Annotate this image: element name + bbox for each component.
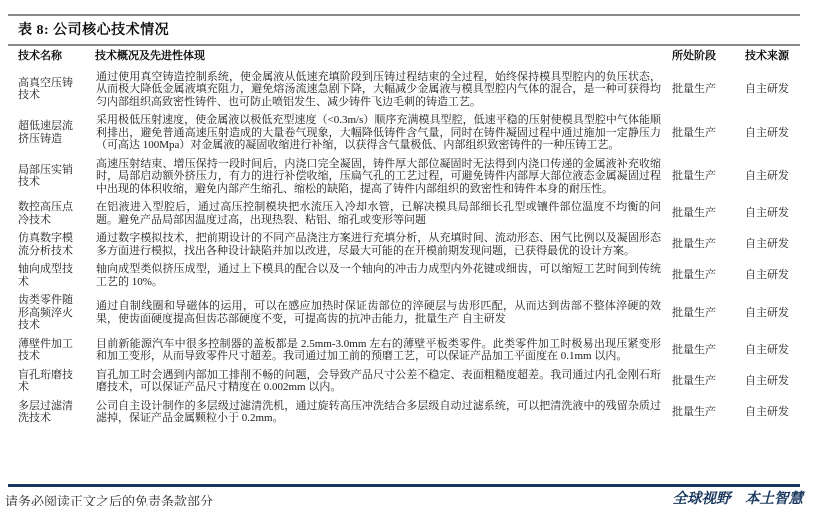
stage-cell: 批量生产	[662, 335, 735, 366]
table-title: 表 8: 公司核心技术情况	[18, 19, 169, 39]
tech-name-cell: 仿真数字模流分析技术	[10, 229, 95, 260]
source-cell: 自主研发	[735, 260, 810, 291]
tech-name-cell: 局部压实销技术	[10, 155, 95, 199]
tech-desc-cell: 公司自主设计制作的多层级过滤清洗机，通过旋转高压冲洗结合多层级自动过滤系统，可以…	[95, 397, 662, 428]
stage-cell: 批量生产	[662, 155, 735, 199]
table-row: 多层过滤清洗技术 公司自主设计制作的多层级过滤清洗机，通过旋转高压冲洗结合多层级…	[10, 397, 810, 428]
stage-cell: 批量生产	[662, 366, 735, 397]
tech-name-cell: 高真空压铸技术	[10, 68, 95, 112]
stage-cell: 批量生产	[662, 260, 735, 291]
table-row: 盲孔珩磨技术 盲孔加工时会遇到内部加工排削不畅的问题，会导致产品尺寸公差不稳定、…	[10, 366, 810, 397]
tech-desc-cell: 目前新能源汽车中很多控制器的盖板都是 2.5mm-3.0mm 左右的薄壁平板类零…	[95, 335, 662, 366]
top-divider	[8, 14, 800, 16]
tech-desc-cell: 通过数字模拟技术，把前期设计的不同产品浇注方案进行充填分析，从充填时间、流动形态…	[95, 229, 662, 260]
tech-name-cell: 盲孔珩磨技术	[10, 366, 95, 397]
source-cell: 自主研发	[735, 366, 810, 397]
source-cell: 自主研发	[735, 229, 810, 260]
tech-name-cell: 超低速层流挤压铸造	[10, 111, 95, 155]
table-row: 薄壁件加工技术 目前新能源汽车中很多控制器的盖板都是 2.5mm-3.0mm 左…	[10, 335, 810, 366]
stage-cell: 批量生产	[662, 291, 735, 335]
source-cell: 自主研发	[735, 198, 810, 229]
table-row: 轴向成型技术 轴向成型类似挤压成型，通过上下模具的配合以及一个轴向的冲击力成型内…	[10, 260, 810, 291]
title-divider	[8, 44, 800, 46]
table-row: 数控高压点冷技术 在铝液进入型腔后，通过高压控制模块把水流压入冷却水管，已解决模…	[10, 198, 810, 229]
table-row: 超低速层流挤压铸造 采用极低压射速度，使金属液以极低充型速度（<0.3m/s）顺…	[10, 111, 810, 155]
table-body: 高真空压铸技术 通过使用真空铸造控制系统，使金属液从低速充填阶段到压铸过程结束的…	[10, 68, 810, 428]
table-row: 高真空压铸技术 通过使用真空铸造控制系统，使金属液从低速充填阶段到压铸过程结束的…	[10, 68, 810, 112]
tech-desc-cell: 在铝液进入型腔后，通过高压控制模块把水流压入冷却水管，已解决模具局部细长孔型或镶…	[95, 198, 662, 229]
tech-desc-cell: 通过自制线圈和导磁体的运用，可以在感应加热时保证齿部位的淬硬层与齿形匹配，从而达…	[95, 291, 662, 335]
tech-desc-cell: 盲孔加工时会遇到内部加工排削不畅的问题，会导致产品尺寸公差不稳定、表面粗糙度超差…	[95, 366, 662, 397]
source-cell: 自主研发	[735, 155, 810, 199]
tech-name-cell: 轴向成型技术	[10, 260, 95, 291]
stage-cell: 批量生产	[662, 111, 735, 155]
tech-desc-cell: 采用极低压射速度，使金属液以极低充型速度（<0.3m/s）顺序充满模具型腔，低速…	[95, 111, 662, 155]
source-cell: 自主研发	[735, 335, 810, 366]
table-header-row: 技术名称 技术概况及先进性体现 所处阶段 技术来源	[10, 48, 810, 68]
header-tech-desc: 技术概况及先进性体现	[95, 48, 662, 68]
stage-cell: 批量生产	[662, 229, 735, 260]
stage-cell: 批量生产	[662, 198, 735, 229]
table-row: 局部压实销技术 高速压射结束、增压保持一段时间后，内浇口完全凝固，铸件厚大部位凝…	[10, 155, 810, 199]
tech-name-cell: 多层过滤清洗技术	[10, 397, 95, 428]
report-page: 表 8: 公司核心技术情况 技术名称 技术概况及先进性体现 所处阶段 技术来源 …	[0, 0, 831, 506]
tech-desc-cell: 通过使用真空铸造控制系统，使金属液从低速充填阶段到压铸过程结束的全过程，始终保持…	[95, 68, 662, 112]
stage-cell: 批量生产	[662, 68, 735, 112]
tech-name-cell: 齿类零件随形高频淬火技术	[10, 291, 95, 335]
header-stage: 所处阶段	[662, 48, 735, 68]
stage-cell: 批量生产	[662, 397, 735, 428]
source-cell: 自主研发	[735, 68, 810, 112]
tech-desc-cell: 高速压射结束、增压保持一段时间后，内浇口完全凝固，铸件厚大部位凝固时无法得到内浇…	[95, 155, 662, 199]
footer-slogan: 全球视野 本土智慧	[673, 487, 804, 506]
tech-name-cell: 数控高压点冷技术	[10, 198, 95, 229]
tech-desc-cell: 轴向成型类似挤压成型，通过上下模具的配合以及一个轴向的冲击力成型内外花键或细齿，…	[95, 260, 662, 291]
core-tech-table: 技术名称 技术概况及先进性体现 所处阶段 技术来源 高真空压铸技术 通过使用真空…	[10, 48, 810, 428]
table-row: 齿类零件随形高频淬火技术 通过自制线圈和导磁体的运用，可以在感应加热时保证齿部位…	[10, 291, 810, 335]
table-row: 仿真数字模流分析技术 通过数字模拟技术，把前期设计的不同产品浇注方案进行充填分析…	[10, 229, 810, 260]
source-cell: 自主研发	[735, 291, 810, 335]
source-cell: 自主研发	[735, 111, 810, 155]
header-tech-name: 技术名称	[10, 48, 95, 68]
header-source: 技术来源	[735, 48, 810, 68]
tech-name-cell: 薄壁件加工技术	[10, 335, 95, 366]
footer-disclaimer: 请务必阅读正文之后的免责条款部分	[5, 491, 213, 506]
source-cell: 自主研发	[735, 397, 810, 428]
